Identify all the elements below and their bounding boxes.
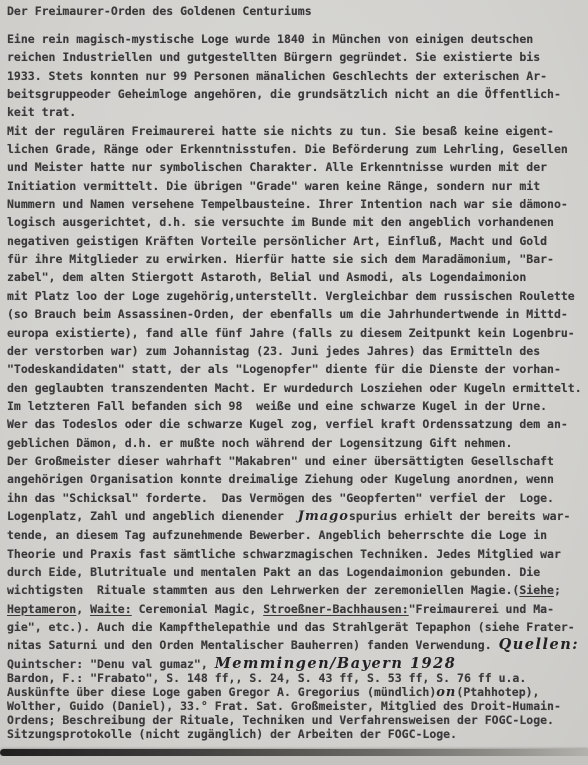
typewritten-text: Ordens; Beschreibung der Rituale, Techni…: [7, 713, 554, 727]
text-line: der verstorben war) zum Johannistag (23.…: [7, 342, 582, 360]
typewritten-text: Ceremonial Magic,: [132, 602, 264, 616]
handwritten-text: Jmago: [298, 509, 349, 524]
text-line: Nummern und Namen versehene Tempelbauste…: [7, 195, 582, 213]
text-line: lichen Grade, Ränge oder Erkenntnisstufe…: [7, 140, 582, 158]
text-line: negativen geistigen Kräften Vorteile per…: [7, 232, 582, 250]
typewritten-text: "Todeskandidaten" statt, der als "Logeno…: [7, 362, 561, 376]
typewritten-text: nitas Saturni und den Orden Mentalischer…: [7, 638, 499, 652]
text-line: keit trat.: [7, 103, 582, 121]
text-line: Wolther, Guido (Daniel), 33.° Frat. Sat.…: [7, 700, 561, 714]
text-line: (so Brauch beim Assassinen-Orden, der eb…: [7, 305, 582, 323]
text-line: beitsgruppeoder Geheimloge angehören, di…: [7, 85, 582, 103]
document-title: Der Freimaurer-Orden des Goldenen Centur…: [7, 4, 312, 18]
typewritten-text: durch Eide, Blutrituale und mentalen Pak…: [7, 565, 540, 579]
body-text: Eine rein magisch-mystische Loge wurde 1…: [7, 30, 582, 655]
typewritten-text: Logenplatz, Zahl und angeblich dienender: [7, 509, 298, 523]
typewritten-text: (Ptahhotep),: [456, 685, 539, 699]
typewritten-text: europa existierte), fand alle fünf Jahre…: [7, 326, 575, 340]
typewritten-text: für ihre Mitglieder zu erwirken. Hierfür…: [7, 252, 554, 266]
typewritten-text: Auskünfte über diese Loge gaben Gregor A…: [7, 685, 436, 699]
typewritten-text: tende, an diesem Tag aufzunehmende Bewer…: [7, 528, 547, 542]
typewritten-text: Theorie und Praxis fast sämtliche schwar…: [7, 547, 561, 561]
typewritten-text: Mit der regulären Freimaurerei hatte sie…: [7, 124, 554, 138]
text-line: Quintscher: "Denu val gumaz", Memmingen/…: [7, 657, 561, 672]
text-line: wichtigsten Rituale stammten aus den Leh…: [7, 581, 582, 599]
typewritten-text: logisch ausgerichtet, d.h. sie versuchte…: [7, 215, 554, 229]
typewritten-text: 1933. Stets konnten nur 99 Personen mäna…: [7, 69, 547, 83]
scan-edge-shadow: [0, 749, 588, 756]
text-line: Der Großmeister dieser wahrhaft "Makabre…: [7, 452, 582, 470]
text-line: Bardon, F.: "Frabato", S. 148 ff,, S. 24…: [7, 672, 561, 686]
underlined-text: Siehe: [519, 583, 554, 597]
typewritten-text: Bardon, F.: "Frabato", S. 148 ff,, S. 24…: [7, 671, 526, 685]
text-line: nitas Saturni und den Orden Mentalischer…: [7, 636, 582, 654]
typewritten-text: ,: [76, 602, 90, 616]
typewritten-text: (so Brauch beim Assassinen-Orden, der eb…: [7, 307, 568, 321]
underlined-text: Stroeßner-Bachhausen:: [263, 602, 408, 616]
text-line: Wer das Todeslos oder die schwarze Kugel…: [7, 415, 582, 433]
text-line: Heptameron, Waite: Ceremonial Magic, Str…: [7, 600, 582, 618]
text-line: Theorie und Praxis fast sämtliche schwar…: [7, 545, 582, 563]
typewritten-text: zabel", dem alten Stiergott Astaroth, Be…: [7, 270, 526, 284]
typewritten-text: den geglaubten transzendenten Macht. Er …: [7, 381, 582, 395]
text-line: tende, an diesem Tag aufzunehmende Bewer…: [7, 526, 582, 544]
typewritten-text: "Freimaurerei und Ma-: [409, 602, 554, 616]
text-line: Initiation vermittelt. Die übrigen "Grad…: [7, 177, 582, 195]
text-line: mit Platz loo der Loge zugehörig,unterst…: [7, 287, 582, 305]
typewritten-text: Nummern und Namen versehene Tempelbauste…: [7, 197, 568, 211]
typewritten-text: beitsgruppeoder Geheimloge angehören, di…: [7, 87, 561, 101]
typewritten-text: Eine rein magisch-mystische Loge wurde 1…: [7, 32, 533, 46]
typewritten-text: ;: [554, 583, 561, 597]
typewritten-text: der verstorben war) zum Johannistag (23.…: [7, 344, 540, 358]
text-line: Mit der regulären Freimaurerei hatte sie…: [7, 122, 582, 140]
text-line: Sitzungsprotokolle (nicht zugänglich) de…: [7, 728, 561, 742]
typewritten-text: lichen Grade, Ränge oder Erkenntnisstufe…: [7, 142, 568, 156]
typewritten-text: wichtigsten Rituale stammten aus den Leh…: [7, 583, 519, 597]
typewritten-text: Initiation vermittelt. Die übrigen "Grad…: [7, 179, 540, 193]
typewritten-text: negativen geistigen Kräften Vorteile per…: [7, 234, 547, 248]
typewritten-text: mit Platz loo der Loge zugehörig,unterst…: [7, 289, 575, 303]
text-line: Im letzteren Fall befanden sich 98 weiße…: [7, 397, 582, 415]
typewritten-text: keit trat.: [7, 105, 76, 119]
handwritten-text: Quellen:: [499, 636, 580, 653]
text-line: zabel", dem alten Stiergott Astaroth, Be…: [7, 268, 582, 286]
text-line: Ordens; Beschreibung der Rituale, Techni…: [7, 714, 561, 728]
typewritten-text: geblichen Dämon, d.h. er mußte noch währ…: [7, 436, 512, 450]
text-line: den geglaubten transzendenten Macht. Er …: [7, 379, 582, 397]
text-line: europa existierte), fand alle fünf Jahre…: [7, 324, 582, 342]
typewritten-text: und Meister hatte nur symbolischen Chara…: [7, 160, 547, 174]
text-line: für ihre Mitglieder zu erwirken. Hierfür…: [7, 250, 582, 268]
sources-block: Quintscher: "Denu val gumaz", Memmingen/…: [7, 657, 561, 741]
text-line: und Meister hatte nur symbolischen Chara…: [7, 158, 582, 176]
typewritten-text: Im letzteren Fall befanden sich 98 weiße…: [7, 399, 547, 413]
typewritten-text: reichen Industriellen und gutgestellten …: [7, 50, 540, 64]
typewritten-text: ihn das "Schicksal" forderte. Das Vermög…: [7, 491, 554, 505]
typewritten-text: angehörigen Organisation konnte dreimali…: [7, 472, 554, 486]
underlined-text: Heptameron: [7, 602, 76, 616]
underlined-text: Waite:: [90, 602, 132, 616]
scan-background-strip: [0, 756, 588, 765]
text-line: geblichen Dämon, d.h. er mußte noch währ…: [7, 434, 582, 452]
typewritten-text: spurius erhielt der bereits war-: [349, 509, 571, 523]
text-line: "Todeskandidaten" statt, der als "Logeno…: [7, 360, 582, 378]
typewritten-text: Wer das Todeslos oder die schwarze Kugel…: [7, 417, 568, 431]
handwritten-text: on: [436, 685, 456, 700]
text-line: Auskünfte über diese Loge gaben Gregor A…: [7, 686, 561, 700]
text-line: Logenplatz, Zahl und angeblich dienender…: [7, 507, 582, 526]
text-line: ihn das "Schicksal" forderte. Das Vermög…: [7, 489, 582, 507]
typewritten-text: Sitzungsprotokolle (nicht zugänglich) de…: [7, 727, 457, 741]
text-line: logisch ausgerichtet, d.h. sie versuchte…: [7, 213, 582, 231]
typewritten-text: Wolther, Guido (Daniel), 33.° Frat. Sat.…: [7, 699, 561, 713]
text-line: durch Eide, Blutrituale und mentalen Pak…: [7, 563, 582, 581]
typewritten-text: gie", etc.). Auch die Kampfthelepathie u…: [7, 620, 575, 634]
scanned-page: Der Freimaurer-Orden des Goldenen Centur…: [0, 0, 588, 765]
typewritten-text: Quintscher: "Denu val gumaz",: [7, 657, 215, 671]
text-line: gie", etc.). Auch die Kampfthelepathie u…: [7, 618, 582, 636]
text-line: 1933. Stets konnten nur 99 Personen mäna…: [7, 67, 582, 85]
text-line: Eine rein magisch-mystische Loge wurde 1…: [7, 30, 582, 48]
text-line: angehörigen Organisation konnte dreimali…: [7, 470, 582, 488]
text-line: reichen Industriellen und gutgestellten …: [7, 48, 582, 66]
typewritten-text: Der Großmeister dieser wahrhaft "Makabre…: [7, 454, 554, 468]
handwritten-text: Memmingen/Bayern 1928: [215, 655, 457, 672]
